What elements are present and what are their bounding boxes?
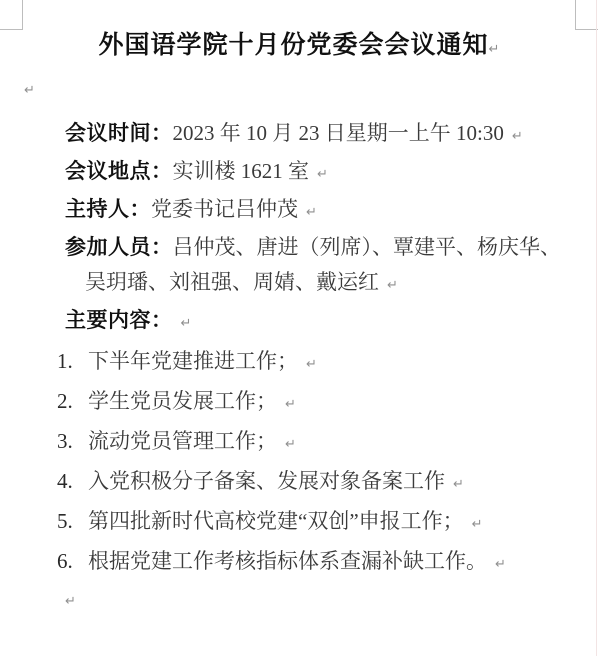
paragraph-mark-icon: ↵ [453,477,464,492]
agenda-item-number: 4. [57,471,88,492]
agenda-item-text: 根据党建工作考核指标体系查漏补缺工作。 [88,549,487,573]
meeting-info-block: 会议时间：2023 年 10 月 23 日星期一上午 10:30↵ 会议地点：实… [65,116,580,341]
margin-crop-mark-top-right-icon [575,0,598,30]
agenda-item-text: 入党积极分子备案、发展对象备案工作 [88,469,445,493]
agenda-item: 3.流动党员管理工作；↵ [57,431,580,455]
paragraph-mark-icon: ↵ [65,594,76,609]
agenda-list: 1.下半年党建推进工作；↵ 2.学生党员发展工作；↵ 3.流动党员管理工作；↵ … [57,351,580,575]
meeting-host-row: 主持人：党委书记吕仲茂↵ [65,192,580,230]
meeting-participants-row: 参加人员：吕仲茂、唐进（列席）、覃建平、杨庆华、吴玥璠、刘祖强、周婧、戴运红↵ [65,230,580,303]
paragraph-mark-icon: ↵ [285,397,296,412]
agenda-item-number: 5. [57,511,88,532]
agenda-item-text: 流动党员管理工作； [88,429,277,453]
empty-paragraph: ↵ [24,76,598,104]
agenda-item-number: 6. [57,551,88,572]
meeting-location-label: 会议地点： [65,160,173,183]
paragraph-mark-icon: ↵ [495,557,506,572]
meeting-time-label: 会议时间： [65,122,173,145]
meeting-host-value: 党委书记吕仲茂 [151,197,298,221]
document-title: 外国语学院十月份党委会会议通知↵ [20,30,578,66]
paragraph-mark-icon: ↵ [489,42,500,57]
paragraph-mark-icon: ↵ [285,437,296,452]
margin-crop-mark-top-left-icon [0,0,23,30]
paragraph-mark-icon: ↵ [306,357,317,372]
paragraph-mark-icon: ↵ [472,517,483,532]
agenda-item: 1.下半年党建推进工作；↵ [57,351,580,375]
agenda-item-text: 学生党员发展工作； [88,389,277,413]
agenda-item-number: 1. [57,351,88,372]
document-page: 外国语学院十月份党委会会议通知↵ ↵ 会议时间：2023 年 10 月 23 日… [0,0,598,656]
meeting-participants-label: 参加人员： [65,236,173,259]
agenda-item-number: 3. [57,431,88,452]
agenda-item: 2.学生党员发展工作；↵ [57,391,580,415]
paragraph-mark-icon: ↵ [181,316,192,331]
meeting-location-value: 实训楼 1621 室 [173,159,310,183]
meeting-time-value: 2023 年 10 月 23 日星期一上午 10:30 [173,121,504,145]
empty-paragraph: ↵ [65,591,598,612]
paragraph-mark-icon: ↵ [317,167,328,182]
agenda-item-number: 2. [57,391,88,412]
meeting-time-row: 会议时间：2023 年 10 月 23 日星期一上午 10:30↵ [65,116,580,154]
meeting-topics-row: 主要内容：↵ [65,303,580,341]
agenda-item: 4.入党积极分子备案、发展对象备案工作↵ [57,471,580,495]
page-edge-line [596,0,597,656]
agenda-item: 5.第四批新时代高校党建“双创”申报工作；↵ [57,511,580,535]
meeting-topics-label: 主要内容： [65,309,173,332]
paragraph-mark-icon: ↵ [24,83,35,98]
agenda-item: 6.根据党建工作考核指标体系查漏补缺工作。↵ [57,551,580,575]
paragraph-mark-icon: ↵ [306,205,317,220]
meeting-location-row: 会议地点：实训楼 1621 室↵ [65,154,580,192]
paragraph-mark-icon: ↵ [512,129,523,144]
meeting-host-label: 主持人： [65,198,151,221]
agenda-item-text: 下半年党建推进工作； [88,349,298,373]
agenda-item-text: 第四批新时代高校党建“双创”申报工作； [88,509,464,533]
paragraph-mark-icon: ↵ [387,278,398,293]
document-title-text: 外国语学院十月份党委会会议通知 [99,32,489,59]
